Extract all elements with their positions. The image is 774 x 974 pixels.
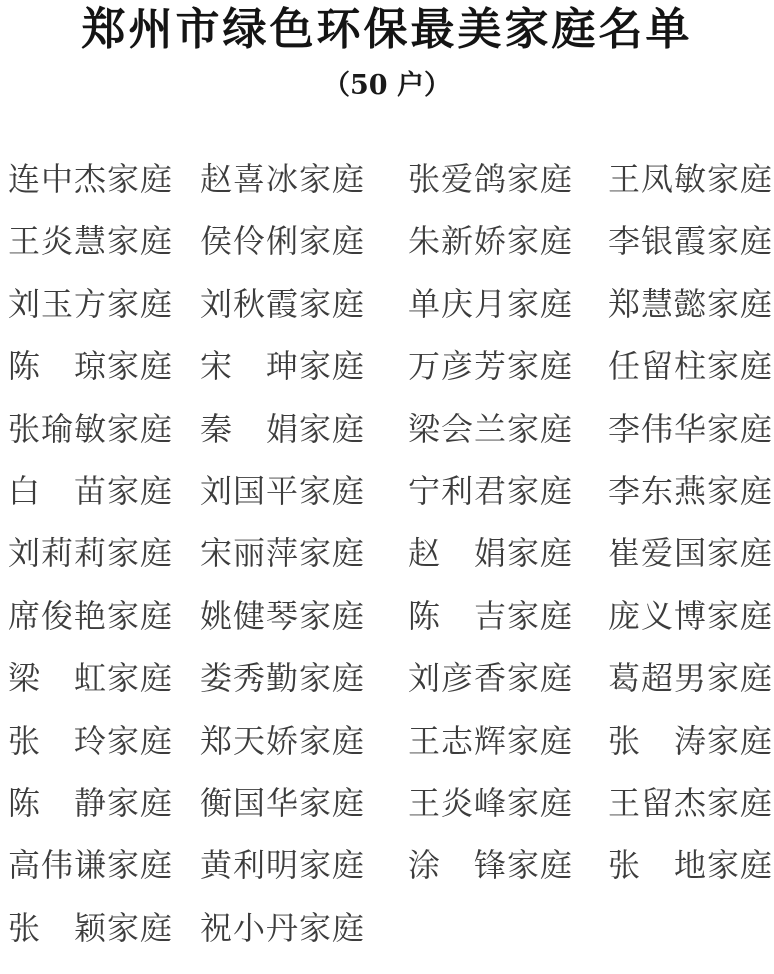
- family-name: 张 颖家庭: [8, 897, 200, 959]
- family-name: 涂 锋家庭: [408, 834, 608, 896]
- family-name: 葛超男家庭: [608, 647, 774, 709]
- family-name: 万彦芳家庭: [408, 335, 608, 397]
- family-name: 高伟谦家庭: [8, 834, 200, 896]
- family-name: 单庆月家庭: [408, 273, 608, 335]
- family-name: 张爱鸽家庭: [408, 148, 608, 210]
- family-name: 席俊艳家庭: [8, 585, 200, 647]
- family-name: 陈 吉家庭: [408, 585, 608, 647]
- family-name: 张瑜敏家庭: [8, 398, 200, 460]
- family-name: 郑天娇家庭: [200, 710, 408, 772]
- family-name: 王留杰家庭: [608, 772, 774, 834]
- family-name: 侯伶俐家庭: [200, 210, 408, 272]
- family-name: 梁会兰家庭: [408, 398, 608, 460]
- family-list: 连中杰家庭赵喜冰家庭张爱鸽家庭王凤敏家庭王炎慧家庭侯伶俐家庭朱新娇家庭李银霞家庭…: [8, 148, 774, 959]
- family-name: 庞义博家庭: [608, 585, 774, 647]
- family-name: 赵 娟家庭: [408, 522, 608, 584]
- family-name: 李东燕家庭: [608, 460, 774, 522]
- family-name: 宋 珅家庭: [200, 335, 408, 397]
- family-name: 陈 静家庭: [8, 772, 200, 834]
- family-name: 姚健琴家庭: [200, 585, 408, 647]
- family-name: 刘秋霞家庭: [200, 273, 408, 335]
- family-name: 白 苗家庭: [8, 460, 200, 522]
- family-name: 刘玉方家庭: [8, 273, 200, 335]
- document-subtitle: （50 户）: [0, 68, 774, 104]
- family-name: 郑慧懿家庭: [608, 273, 774, 335]
- family-name: 黄利明家庭: [200, 834, 408, 896]
- family-name: 王炎慧家庭: [8, 210, 200, 272]
- family-name: 任留柱家庭: [608, 335, 774, 397]
- family-name: 衡国华家庭: [200, 772, 408, 834]
- family-name: 崔爱国家庭: [608, 522, 774, 584]
- family-name: 刘国平家庭: [200, 460, 408, 522]
- family-name: 王志辉家庭: [408, 710, 608, 772]
- family-name: 李伟华家庭: [608, 398, 774, 460]
- family-name: 秦 娟家庭: [200, 398, 408, 460]
- document-page: 郑州市绿色环保最美家庭名单 （50 户） 连中杰家庭赵喜冰家庭张爱鸽家庭王凤敏家…: [0, 0, 774, 974]
- family-name: 张 玲家庭: [8, 710, 200, 772]
- family-name: 祝小丹家庭: [200, 897, 408, 959]
- family-name: 宁利君家庭: [408, 460, 608, 522]
- family-name: 朱新娇家庭: [408, 210, 608, 272]
- document-title: 郑州市绿色环保最美家庭名单: [0, 4, 774, 56]
- family-name: 娄秀勤家庭: [200, 647, 408, 709]
- family-name: 赵喜冰家庭: [200, 148, 408, 210]
- family-name: 陈 琼家庭: [8, 335, 200, 397]
- family-name: 张 涛家庭: [608, 710, 774, 772]
- family-name: 宋丽萍家庭: [200, 522, 408, 584]
- family-name: 梁 虹家庭: [8, 647, 200, 709]
- family-name: 王凤敏家庭: [608, 148, 774, 210]
- family-name: 刘彦香家庭: [408, 647, 608, 709]
- family-name: 张 地家庭: [608, 834, 774, 896]
- family-name: 李银霞家庭: [608, 210, 774, 272]
- family-name: 连中杰家庭: [8, 148, 200, 210]
- family-name: 刘莉莉家庭: [8, 522, 200, 584]
- family-name: 王炎峰家庭: [408, 772, 608, 834]
